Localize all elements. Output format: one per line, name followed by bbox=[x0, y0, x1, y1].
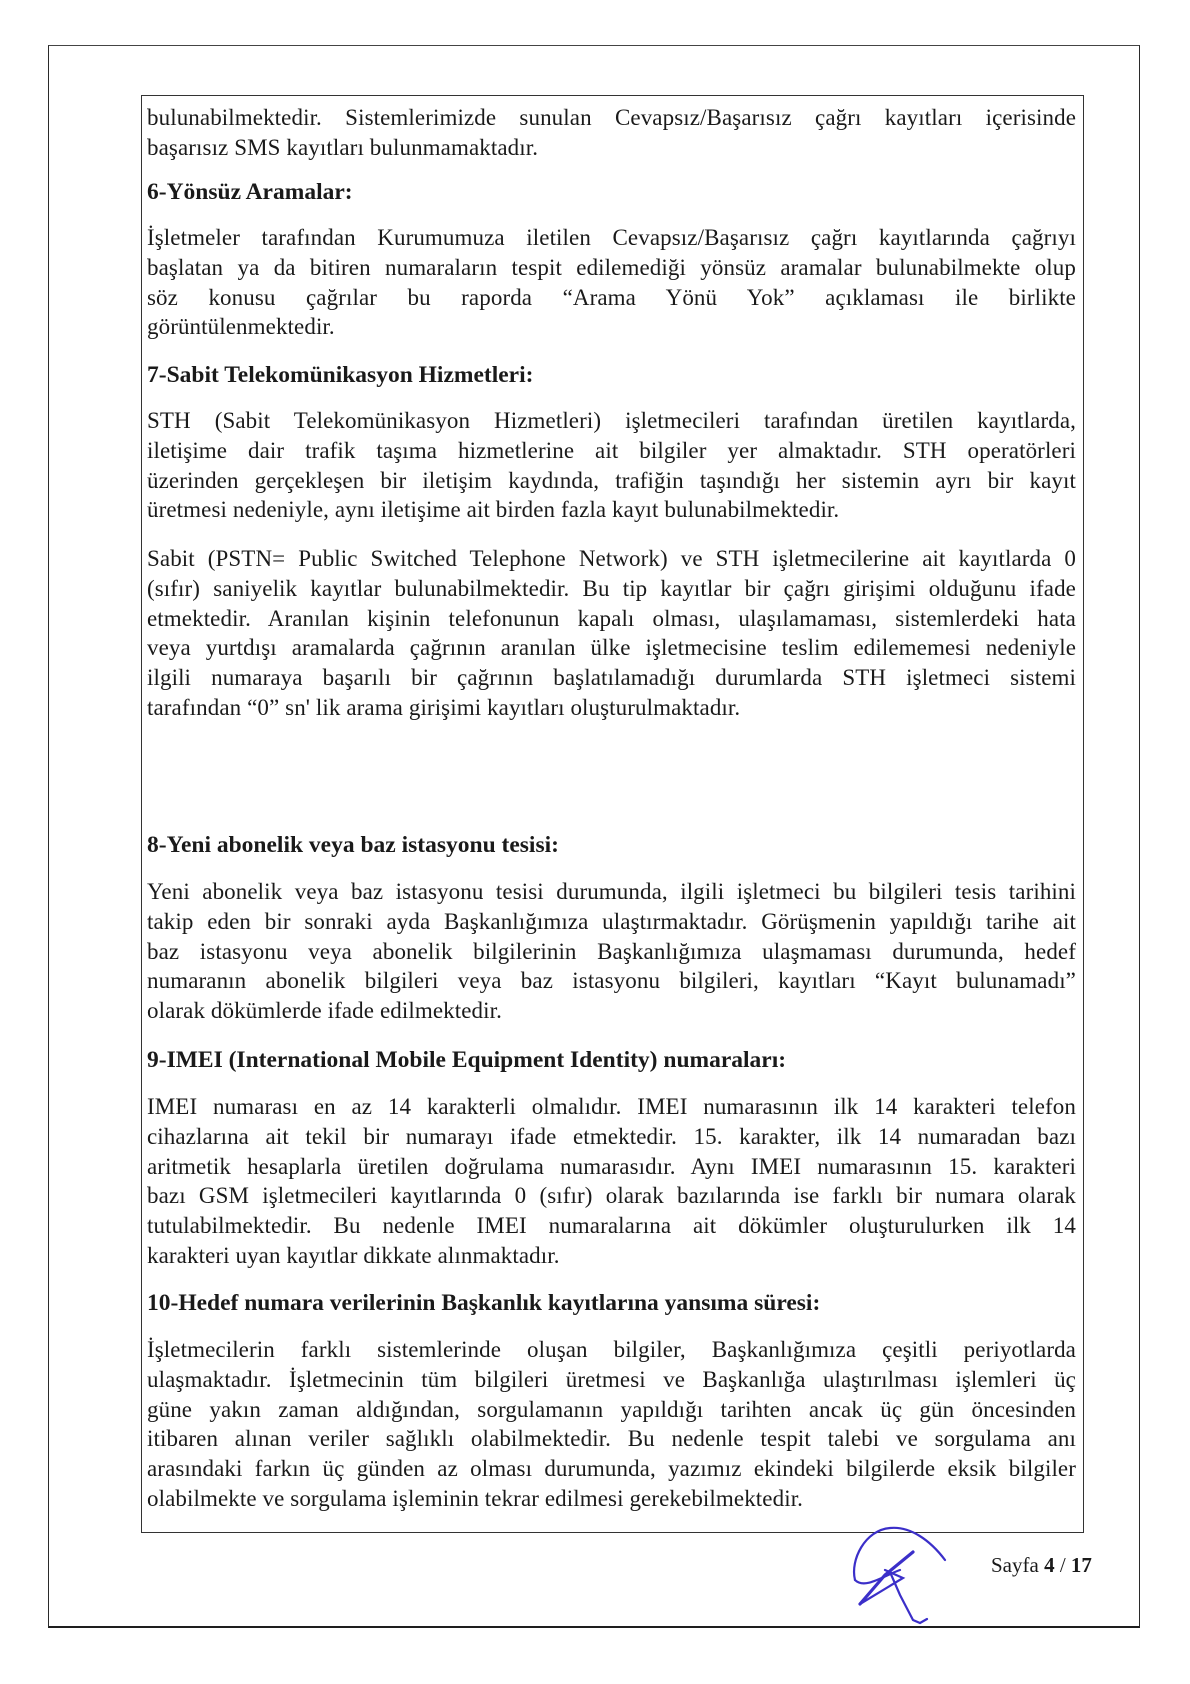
section-paragraph: İşletmeler tarafından Kurumumuza iletile… bbox=[147, 223, 1076, 342]
paragraph-line: söz konusu çağrılar bu raporda “Arama Yö… bbox=[147, 283, 1076, 313]
paragraph-line: başlatan ya da bitiren numaraların tespi… bbox=[147, 253, 1076, 283]
paragraph-line: ilgili numaraya başarılı bir çağrının ba… bbox=[147, 663, 1076, 693]
section-paragraph: STH (Sabit Telekomünikasyon Hizmetleri) … bbox=[147, 406, 1076, 525]
paragraph-line: bazı GSM işletmecileri kayıtlarında 0 (s… bbox=[147, 1181, 1076, 1211]
paragraph-line: arasındaki farkın üç günden az olması du… bbox=[147, 1454, 1076, 1484]
section-heading-text: 8-Yeni abonelik veya baz istasyonu tesis… bbox=[147, 831, 1076, 861]
paragraph-line: güne yakın zaman aldığından, sorgulamanı… bbox=[147, 1395, 1076, 1425]
page-separator: / bbox=[1060, 1553, 1066, 1577]
section-heading: 6-Yönsüz Aramalar: bbox=[147, 178, 1076, 208]
paragraph-line: veya yurtdışı aramalarda çağrının aranıl… bbox=[147, 633, 1076, 663]
page-label: Sayfa bbox=[991, 1553, 1039, 1577]
paragraph-line: takip eden bir sonraki ayda Başkanlığımı… bbox=[147, 907, 1076, 937]
paragraph-line: cihazlarına ait tekil bir numarayı ifade… bbox=[147, 1122, 1076, 1152]
paragraph-line: (sıfır) saniyelik kayıtlar bulunabilmekt… bbox=[147, 574, 1076, 604]
paragraph-line: olabilmekte ve sorgulama işleminin tekra… bbox=[147, 1484, 1076, 1514]
paragraph-line: Yeni abonelik veya baz istasyonu tesisi … bbox=[147, 877, 1076, 907]
paragraph-line: tutulabilmektedir. Bu nedenle IMEI numar… bbox=[147, 1211, 1076, 1241]
section-heading-text: 7-Sabit Telekomünikasyon Hizmetleri: bbox=[147, 361, 1076, 391]
section-heading: 7-Sabit Telekomünikasyon Hizmetleri: bbox=[147, 361, 1076, 391]
current-page: 4 bbox=[1044, 1553, 1055, 1577]
paragraph-line: IMEI numarası en az 14 karakterli olmalı… bbox=[147, 1092, 1076, 1122]
paragraph-line: İşletmeler tarafından Kurumumuza iletile… bbox=[147, 223, 1076, 253]
paragraph-line: baz istasyonu veya abonelik bilgilerinin… bbox=[147, 937, 1076, 967]
paragraph-line: İşletmecilerin farklı sistemlerinde oluş… bbox=[147, 1335, 1076, 1365]
paragraph-line: etmektedir. Aranılan kişinin telefonunun… bbox=[147, 604, 1076, 634]
paragraph-line: olarak dökümlerde ifade edilmektedir. bbox=[147, 996, 1076, 1026]
total-pages: 17 bbox=[1071, 1553, 1092, 1577]
paragraph-line: karakteri uyan kayıtlar dikkate alınmakt… bbox=[147, 1241, 1076, 1271]
section-paragraph: İşletmecilerin farklı sistemlerinde oluş… bbox=[147, 1335, 1076, 1514]
section-paragraph: IMEI numarası en az 14 karakterli olmalı… bbox=[147, 1092, 1076, 1271]
paragraph-line: tarafından “0” sn' lik arama girişimi ka… bbox=[147, 693, 1076, 723]
paragraph-line: başarısız SMS kayıtları bulunmamaktadır. bbox=[147, 133, 1076, 163]
paragraph-line: numaranın abonelik bilgileri veya baz is… bbox=[147, 966, 1076, 996]
section-heading: 10-Hedef numara verilerinin Başkanlık ka… bbox=[147, 1289, 1076, 1319]
paragraph-line: iletişime dair trafik taşıma hizmetlerin… bbox=[147, 436, 1076, 466]
section-heading: 8-Yeni abonelik veya baz istasyonu tesis… bbox=[147, 831, 1076, 861]
section-paragraph: Yeni abonelik veya baz istasyonu tesisi … bbox=[147, 877, 1076, 1026]
signature-icon bbox=[845, 1520, 955, 1635]
intro-paragraph: bulunabilmektedir. Sistemlerimizde sunul… bbox=[147, 103, 1076, 163]
paragraph-line: STH (Sabit Telekomünikasyon Hizmetleri) … bbox=[147, 406, 1076, 436]
paragraph-line: aritmetik hesaplarla üretilen doğrulama … bbox=[147, 1152, 1076, 1182]
paragraph-line: üretmesi nedeniyle, aynı iletişime ait b… bbox=[147, 495, 1076, 525]
page-number: Sayfa 4 / 17 bbox=[991, 1553, 1092, 1578]
section-paragraph: Sabit (PSTN= Public Switched Telephone N… bbox=[147, 544, 1076, 723]
section-heading-text: 6-Yönsüz Aramalar: bbox=[147, 178, 1076, 208]
paragraph-line: itibaren alınan veriler sağlıklı olabilm… bbox=[147, 1424, 1076, 1454]
paragraph-line: üzerinden gerçekleşen bir iletişim kaydı… bbox=[147, 466, 1076, 496]
section-heading: 9-IMEI (International Mobile Equipment I… bbox=[147, 1046, 1076, 1076]
paragraph-line: Sabit (PSTN= Public Switched Telephone N… bbox=[147, 544, 1076, 574]
paragraph-line: bulunabilmektedir. Sistemlerimizde sunul… bbox=[147, 103, 1076, 133]
section-heading-text: 9-IMEI (International Mobile Equipment I… bbox=[147, 1046, 1076, 1076]
section-heading-text: 10-Hedef numara verilerinin Başkanlık ka… bbox=[147, 1289, 1076, 1319]
paragraph-line: görüntülenmektedir. bbox=[147, 312, 1076, 342]
paragraph-line: ulaşmaktadır. İşletmecinin tüm bilgileri… bbox=[147, 1365, 1076, 1395]
